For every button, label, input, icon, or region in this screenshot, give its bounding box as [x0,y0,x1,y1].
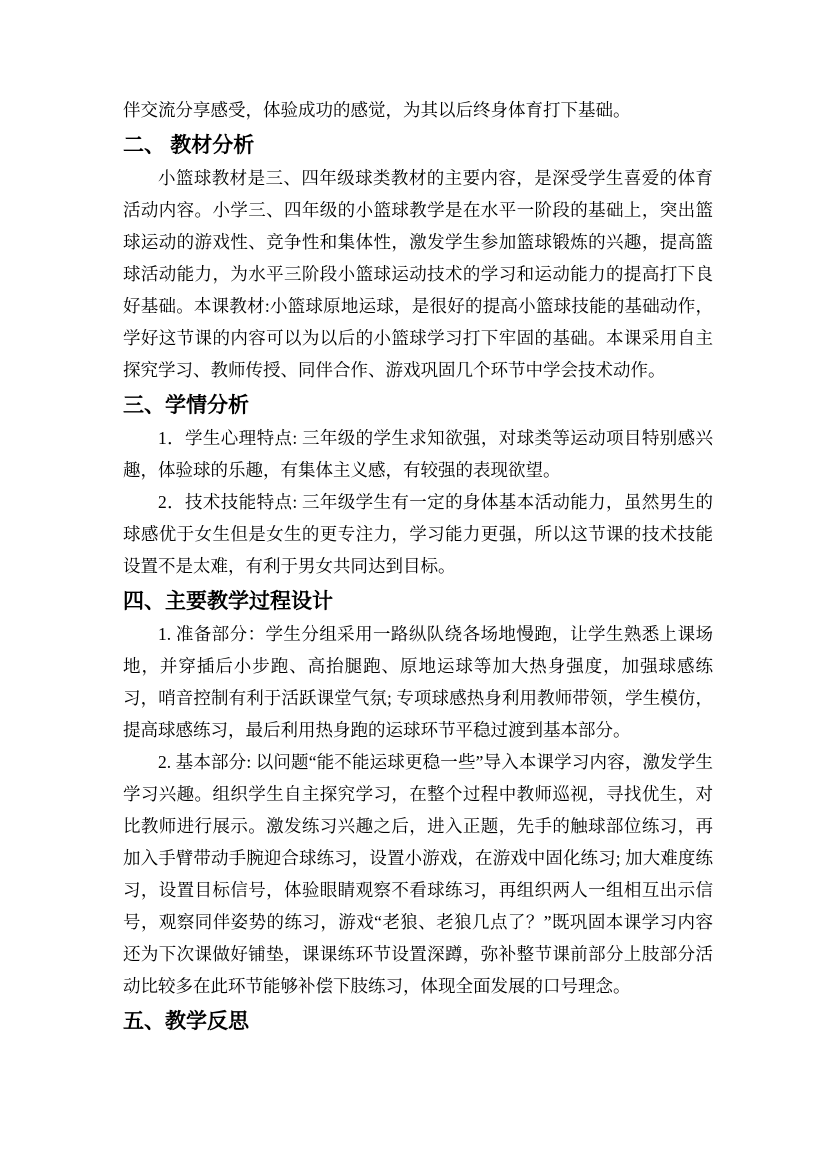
paragraph-preparation-part: 1. 准备部分：学生分组采用一路纵队绕各场地慢跑，让学生熟悉上课场地，并穿插后小… [123,618,713,746]
section-heading-learner-analysis: 三、学情分析 [123,388,713,422]
paragraph-material-analysis: 小篮球教材是三、四年级球类教材的主要内容，是深受学生喜爱的体育活动内容。小学三、… [123,162,713,386]
section-heading-teaching-material-analysis: 二、 教材分析 [123,128,713,162]
section-heading-teaching-reflection: 五、教学反思 [123,1004,713,1038]
paragraph-skill-traits: 2．技术技能特点: 三年级学生有一定的身体基本活动能力，虽然男生的球感优于女生但… [123,486,713,582]
page-content: 伴交流分享感受，体验成功的感觉，为其以后终身体育打下基础。 二、 教材分析 小篮… [123,94,713,1038]
paragraph-basic-part: 2. 基本部分: 以问题“能不能运球更稳一些”导入本课学习内容，激发学生学习兴趣… [123,746,713,1002]
document-page: 伴交流分享感受，体验成功的感觉，为其以后终身体育打下基础。 二、 教材分析 小篮… [0,0,827,1170]
paragraph-continuation: 伴交流分享感受，体验成功的感觉，为其以后终身体育打下基础。 [123,94,713,126]
section-heading-main-teaching-process-design: 四、主要教学过程设计 [123,584,713,618]
paragraph-psychological-traits: 1．学生心理特点: 三年级的学生求知欲强，对球类等运动项目特别感兴趣，体验球的乐… [123,422,713,486]
